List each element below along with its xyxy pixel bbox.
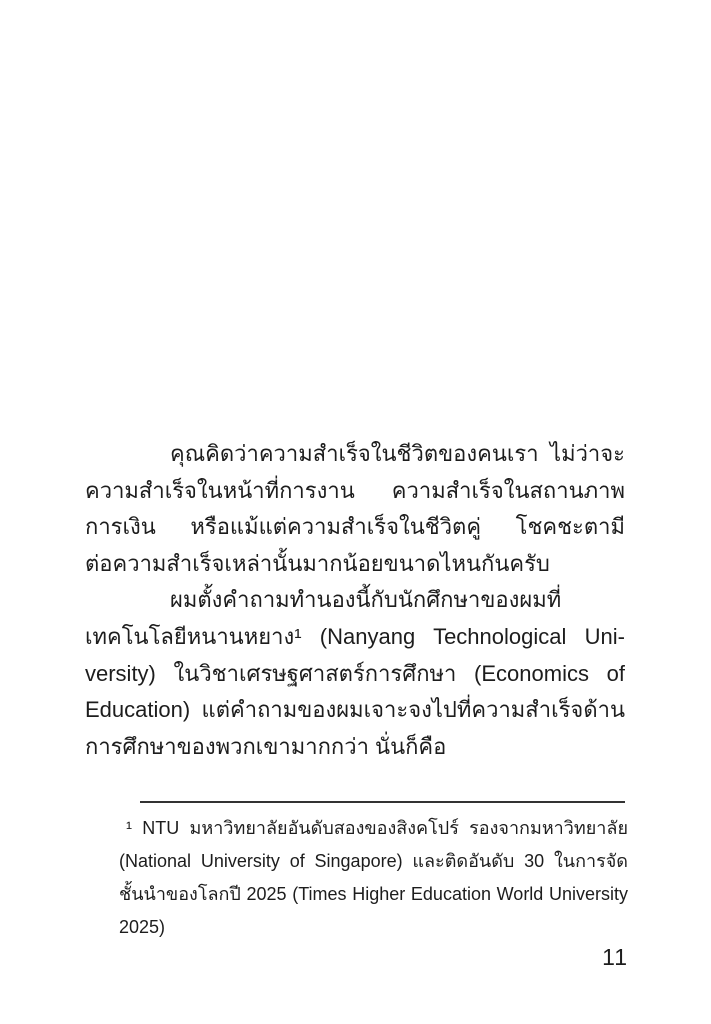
footnote-divider [140,801,625,803]
footnote-line: ¹ NTU มหาวิทยาลัยอันดับสองของสิงคโปร์ รอ… [119,812,628,845]
footnote-line: (National University of Singapore) และติ… [119,845,628,878]
text-line: คุณคิดว่าความสำเร็จในชีวิตของคนเรา ไม่ว่… [85,436,625,473]
paragraph: ผมตั้งคำถามทำนองนี้กับนักศึกษาของผมที่มห… [85,582,625,765]
footnote-line: ชั้นนำของโลกปี 2025 (Times Higher Educat… [119,878,628,911]
text-line: ผมตั้งคำถามทำนองนี้กับนักศึกษาของผมที่มห… [85,582,625,619]
text-line: เทคโนโลยีหนานหยาง¹ (Nanyang Technologica… [85,619,625,656]
footnote-line: 2025) [119,911,628,944]
book-page: คุณคิดว่าความสำเร็จในชีวิตของคนเรา ไม่ว่… [0,0,711,1024]
text-line: Education) แต่คำถามของผมเจาะจงไปที่ความส… [85,692,625,729]
text-line: ต่อความสำเร็จเหล่านั้นมากน้อยขนาดไหนกันค… [85,546,625,583]
footnote-block: ¹ NTU มหาวิทยาลัยอันดับสองของสิงคโปร์ รอ… [119,812,628,944]
paragraph: คุณคิดว่าความสำเร็จในชีวิตของคนเรา ไม่ว่… [85,436,625,582]
text-line: ความสำเร็จในหน้าที่การงาน ความสำเร็จในสถ… [85,473,625,510]
text-line: การศึกษาของพวกเขามากกว่า นั่นก็คือ [85,729,625,766]
page-number: 11 [602,944,628,971]
text-line: versity) ในวิชาเศรษฐศาสตร์การศึกษา (Econ… [85,656,625,693]
body-text-block: คุณคิดว่าความสำเร็จในชีวิตของคนเรา ไม่ว่… [85,436,625,765]
text-line: การเงิน หรือแม้แต่ความสำเร็จในชีวิตคู่ โ… [85,509,625,546]
